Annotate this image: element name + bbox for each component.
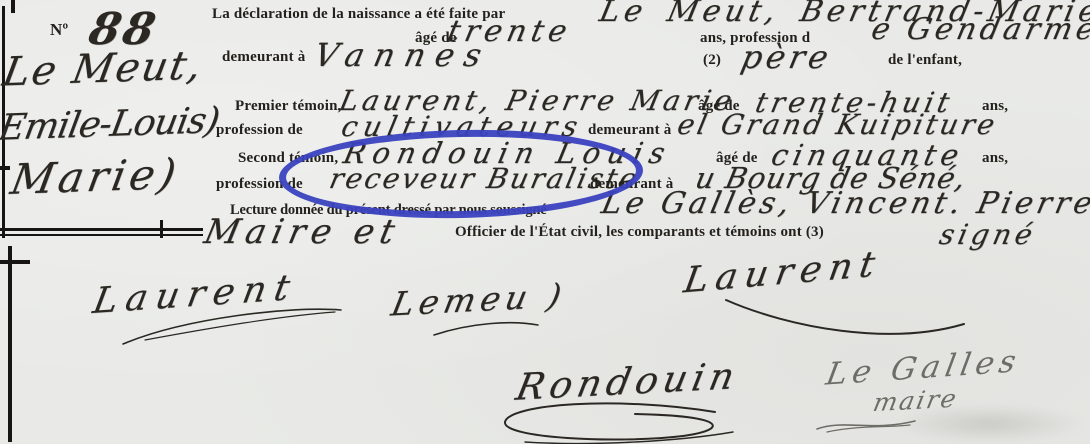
act-number-label: Nº (50, 20, 68, 40)
declarant-profession-handwriting: e Gendarme / (868, 12, 1090, 47)
signature-lemeut-flourish (430, 318, 545, 340)
declarant-relation-handwriting: père (738, 38, 836, 76)
note2-printed: (2) (703, 52, 721, 69)
signature-le-galles-title: maire (871, 384, 961, 417)
margin-top-tick (11, 0, 15, 13)
lower-vertical-rule (8, 246, 12, 442)
closing-printed-text: Officier de l'État civil, les comparants… (455, 224, 824, 241)
signature-laurent-second-flourish (720, 292, 970, 350)
signature-rondouin-paraph (495, 398, 740, 444)
signature-lemeut: Lemeu ) (388, 276, 570, 324)
annotation-oval (278, 126, 644, 222)
signature-le-galles-flourish (815, 416, 920, 436)
declarant-residence-handwriting: Vannes (311, 36, 495, 74)
maire-et-handwriting: Maire et (201, 212, 404, 252)
margin-child-name-line3: Marie) (7, 149, 184, 204)
witness2-ans-printed: ans, (982, 150, 1008, 167)
declarant-residence-label: demeurant à (222, 49, 305, 66)
lower-crossbar (0, 260, 30, 264)
signature-laurent-first-flourish (115, 300, 350, 350)
double-rule-top (0, 228, 203, 231)
witness1-label: Premier témoin, (235, 98, 342, 115)
officer-name-handwriting: Le Gallès, Vincent. Pierre, (598, 186, 1090, 221)
margin-child-name-line2: Emile-Louis) (0, 100, 222, 149)
double-rule-bottom (0, 234, 203, 236)
signed-handwriting: signé (936, 218, 1039, 251)
margin-mid-tick (0, 166, 10, 170)
witness1-residence-handwriting: el Grand Kuipiture (674, 108, 1000, 141)
double-rule-tick (160, 220, 163, 238)
of-child-printed: de l'enfant, (888, 52, 962, 69)
witness1-profession-label: profession de (216, 122, 303, 139)
margin-child-name-line1: Le Meut, (0, 43, 207, 96)
